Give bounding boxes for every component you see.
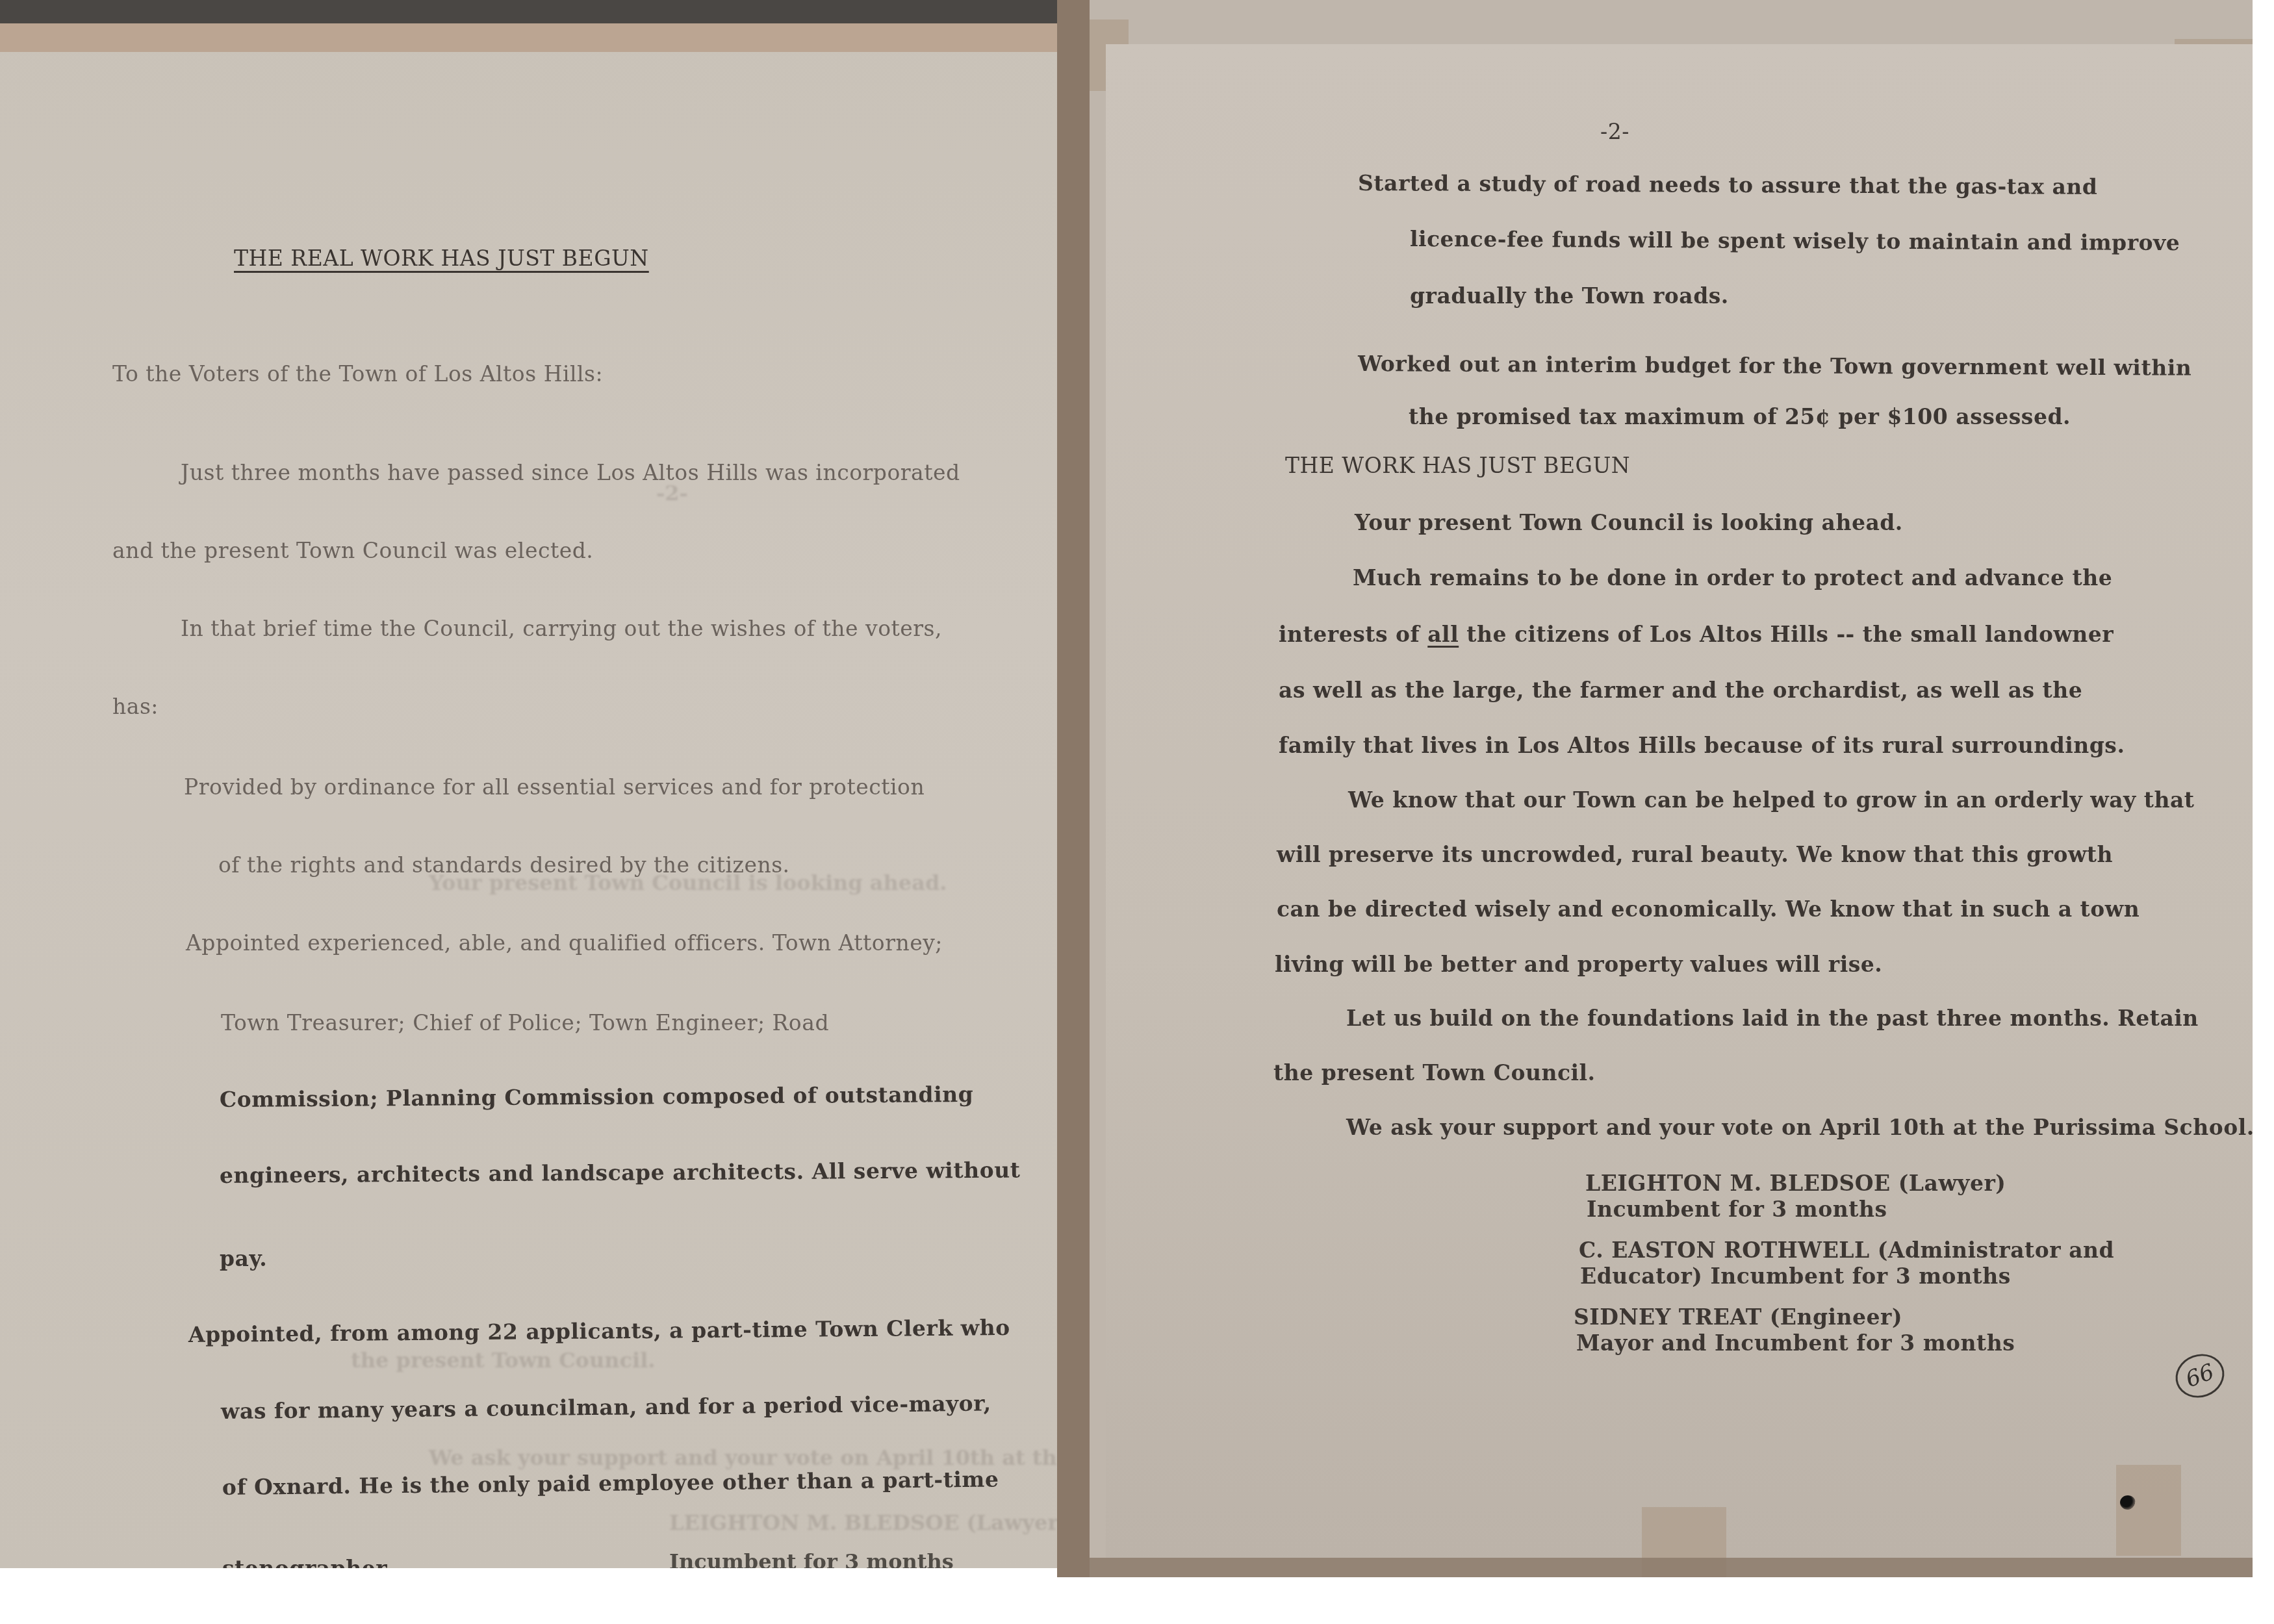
list-item-line: Provided by ordinance for all essential … xyxy=(184,774,925,800)
body-line: Just three months have passed since Los … xyxy=(181,460,960,485)
signatory-detail: Educator) Incumbent for 3 months xyxy=(1580,1263,2011,1289)
tape-strip xyxy=(2116,1465,2181,1556)
list-item-line: engineers, architects and landscape arch… xyxy=(220,1157,1021,1188)
emphasis-underlined: all xyxy=(1427,622,1459,647)
list-item-line: pay. xyxy=(220,1246,267,1271)
body-line: as well as the large, the farmer and the… xyxy=(1279,678,2082,703)
text-span: interests of xyxy=(1279,622,1427,647)
signatory-name: C. EASTON ROTHWELL (Administrator and xyxy=(1579,1237,2114,1263)
body-line: We ask your support and your vote on Apr… xyxy=(1346,1115,2255,1140)
body-line: We know that our Town can be helped to g… xyxy=(1348,787,2195,813)
body-line: will preserve its uncrowded, rural beaut… xyxy=(1277,842,2113,867)
list-item-line: of Oxnard. He is the only paid employee … xyxy=(222,1466,999,1500)
signatory-name: SIDNEY TREAT (Engineer) xyxy=(1574,1304,1902,1330)
punch-hole xyxy=(2120,1495,2136,1510)
body-line: living will be better and property value… xyxy=(1275,952,1882,977)
body-line: the promised tax maximum of 25¢ per $100… xyxy=(1409,404,2071,429)
body-line: can be directed wisely and economically.… xyxy=(1277,896,2140,922)
list-item-line: of the rights and standards desired by t… xyxy=(218,852,790,878)
list-item-line: Appointed, from among 22 applicants, a p… xyxy=(188,1315,1010,1347)
body-line: Worked out an interim budget for the Tow… xyxy=(1358,351,2191,381)
body-line: gradually the Town roads. xyxy=(1410,283,1729,309)
list-item-line: Appointed experienced, able, and qualifi… xyxy=(186,930,943,956)
bleed-through-text: the present Town Council. xyxy=(351,1348,655,1373)
section-heading: THE WORK HAS JUST BEGUN xyxy=(1285,453,1630,478)
list-item-line: stenographer. xyxy=(222,1556,393,1568)
list-item-line: Town Treasurer; Chief of Police; Town En… xyxy=(221,1010,829,1035)
left-page: -2- Your present Town Council is looking… xyxy=(0,0,1057,1568)
body-line: interests of all the citizens of Los Alt… xyxy=(1279,622,2114,647)
body-line: has: xyxy=(112,694,159,719)
salutation: To the Voters of the Town of Los Altos H… xyxy=(112,361,603,387)
text-span: the citizens of Los Altos Hills -- the s… xyxy=(1459,622,2114,647)
body-line: and the present Town Council was elected… xyxy=(112,538,593,563)
body-line: Your present Town Council is looking ahe… xyxy=(1355,510,1903,535)
body-line: Let us build on the foundations laid in … xyxy=(1346,1006,2199,1031)
signatory-detail: Incumbent for 3 months xyxy=(1587,1197,1887,1222)
page-number: -2- xyxy=(1600,119,1629,144)
bleed-through-text: Incumbent for 3 months xyxy=(669,1549,954,1568)
body-line: the present Town Council. xyxy=(1273,1060,1596,1085)
handwritten-text: 66 xyxy=(2182,1359,2217,1393)
body-line: Started a study of road needs to assure … xyxy=(1358,170,2098,199)
list-item-line: Commission; Planning Commission composed… xyxy=(220,1082,973,1112)
page-title: THE REAL WORK HAS JUST BEGUN xyxy=(234,246,649,271)
body-line: family that lives in Los Altos Hills bec… xyxy=(1279,733,2125,758)
paper-edge xyxy=(1057,1558,2253,1577)
paper-edge xyxy=(1057,0,1090,1577)
signatory-detail: Mayor and Incumbent for 3 months xyxy=(1576,1330,2015,1356)
body-line: licence-fee funds will be spent wisely t… xyxy=(1410,226,2180,255)
paper-top-edge xyxy=(0,23,1057,52)
signatory-name: LEIGHTON M. BLEDSOE (Lawyer) xyxy=(1585,1171,2006,1196)
bleed-through-text: LEIGHTON M. BLEDSOE (Lawyer) xyxy=(669,1510,1057,1535)
list-item-line: was for many years a councilman, and for… xyxy=(221,1391,991,1424)
body-line: In that brief time the Council, carrying… xyxy=(181,616,942,641)
scanner-background-strip xyxy=(0,0,1057,23)
body-line: Much remains to be done in order to prot… xyxy=(1353,565,2112,590)
